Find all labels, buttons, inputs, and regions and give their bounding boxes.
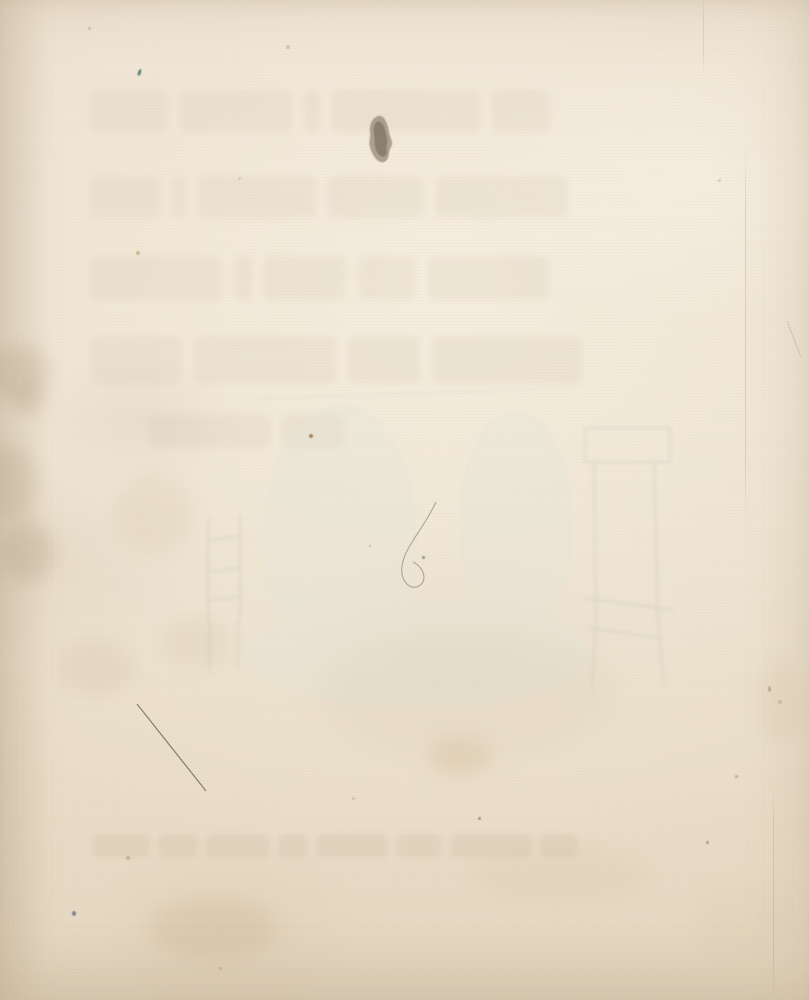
paper-crease: [773, 785, 774, 1000]
ghost-word: [90, 176, 160, 218]
foxing-speck: [352, 797, 355, 800]
paper-mottling-layer: [0, 0, 809, 1000]
ghost-text-row: [90, 90, 550, 132]
foxing-speck: [136, 251, 140, 255]
foxing-speck: [718, 179, 721, 182]
ghost-word: [492, 90, 550, 132]
ghost-word: [432, 336, 582, 384]
foxing-speck: [422, 556, 425, 559]
paper-stain: [690, 880, 800, 970]
foxing-speck: [478, 817, 481, 820]
chair-outlines: [208, 390, 674, 690]
paper-crease: [703, 0, 704, 72]
foxing-speck: [72, 911, 76, 916]
paper-stain: [55, 640, 135, 695]
ghost-text-row: [90, 176, 568, 218]
ghost-word: [316, 834, 388, 858]
paper-stain: [0, 445, 36, 520]
ghost-word: [158, 834, 198, 858]
ghost-word: [328, 176, 424, 218]
ghost-word: [172, 176, 186, 218]
ghost-word: [234, 256, 252, 300]
paper-stain: [0, 345, 50, 400]
ghost-word: [180, 90, 292, 132]
paper-stain: [115, 472, 195, 552]
pencil-curve-mark: [402, 502, 436, 587]
ghost-word: [304, 90, 320, 132]
ghost-word: [90, 256, 222, 300]
ghost-text-row: [148, 414, 344, 448]
edge-vignette: [0, 0, 809, 1000]
foxing-speck: [706, 841, 709, 844]
ghost-word: [90, 90, 168, 132]
ghost-word: [278, 834, 308, 858]
foxing-speck: [238, 177, 241, 180]
paper-stain: [148, 898, 278, 960]
ink-blot-mark: [364, 114, 398, 168]
creases-layer: [0, 0, 809, 1000]
paper-stain: [470, 845, 650, 905]
ghost-text-row: [90, 256, 550, 300]
scratch-marks: [0, 0, 809, 1000]
edge-scratch: [787, 321, 801, 357]
ghost-word: [90, 336, 182, 384]
ghost-text-layer: [0, 0, 809, 1000]
foxing-speck: [126, 856, 130, 860]
foxing-speck: [88, 27, 91, 30]
paper-texture-layer: [0, 0, 809, 1000]
ghost-caption-layer: [0, 0, 809, 1000]
paper-stain: [12, 385, 44, 415]
foxing-speck: [778, 700, 782, 704]
paper-stain: [755, 660, 805, 740]
ghost-word: [264, 256, 346, 300]
ghost-word: [436, 176, 568, 218]
stains-layer: [0, 0, 809, 1000]
specks-layer: [0, 0, 809, 1000]
scanned-book-page: [0, 0, 809, 1000]
ghost-word: [450, 834, 532, 858]
foxing-speck: [219, 967, 222, 970]
ghost-text-row: [90, 336, 582, 384]
ghost-word: [92, 834, 150, 858]
ghost-word: [194, 336, 336, 384]
paper-crease: [745, 140, 746, 530]
ghost-word: [348, 336, 420, 384]
figure-silhouettes: [248, 403, 588, 704]
ghost-word: [198, 176, 316, 218]
foxing-speck: [137, 69, 142, 77]
ghost-word: [148, 414, 270, 448]
foxing-speck: [309, 434, 313, 438]
ghost-word: [540, 834, 578, 858]
paper-stain: [320, 630, 620, 760]
foxing-speck: [369, 545, 371, 547]
ghost-caption-row: [92, 834, 578, 858]
foxing-speck: [768, 686, 771, 692]
illustration-showthrough: [118, 368, 702, 704]
ghost-word: [358, 256, 416, 300]
hairline-scratch: [137, 704, 206, 791]
ghost-word: [332, 90, 480, 132]
ghost-word: [428, 256, 550, 300]
foxing-speck: [286, 45, 290, 49]
ghost-word: [206, 834, 270, 858]
paper-stain: [0, 522, 55, 582]
ghost-word: [282, 414, 344, 448]
ink-blot-inner: [374, 122, 388, 157]
ink-blot-outer: [369, 116, 392, 163]
paper-stain: [430, 738, 490, 776]
ghost-word: [396, 834, 442, 858]
foxing-speck: [735, 775, 738, 778]
paper-stain: [160, 618, 230, 666]
